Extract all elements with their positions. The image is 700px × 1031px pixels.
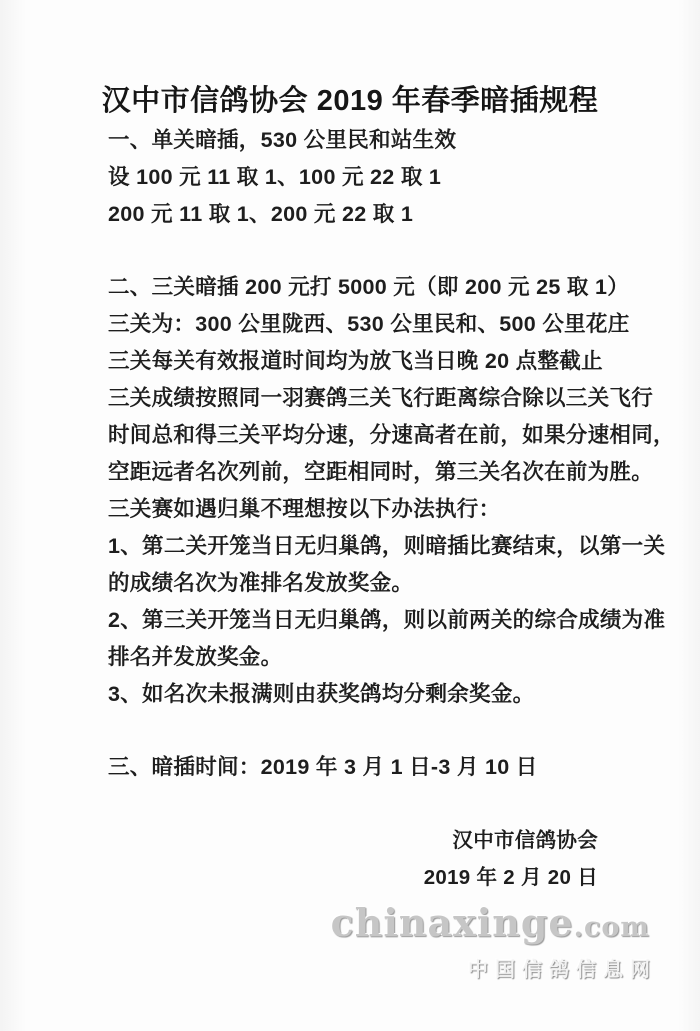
text-line: 的成绩名次为准排名发放奖金。 xyxy=(108,565,604,602)
text-line: 三关为：300 公里陇西、530 公里民和、500 公里花庄 xyxy=(108,306,604,343)
text-line: 排名并发放奖金。 xyxy=(108,639,604,676)
text-line: 时间总和得三关平均分速，分速高者在前，如果分速相同， xyxy=(108,417,604,454)
text-line: 三关赛如遇归巢不理想按以下办法执行： xyxy=(108,491,604,528)
signature-block: 汉中市信鸽协会 2019 年 2 月 20 日 xyxy=(0,822,598,896)
text-line: 三关成绩按照同一羽赛鸽三关飞行距离综合除以三关飞行 xyxy=(108,380,604,417)
section-single-gate: 一、单关暗插，530 公里民和站生效 设 100 元 11 取 1、100 元 … xyxy=(108,122,604,233)
text-line: 200 元 11 取 1、200 元 22 取 1 xyxy=(108,196,604,233)
watermark-subtitle: 中国信鸽信息网 xyxy=(331,953,657,982)
watermark-domain-suffix: .com xyxy=(574,912,650,943)
watermark-site-name: chinaxinge xyxy=(331,900,574,945)
signature-organization: 汉中市信鸽协会 xyxy=(0,822,598,859)
text-line: 三、暗插时间：2019 年 3 月 1 日-3 月 10 日 xyxy=(108,749,604,786)
text-line: 3、如名次未报满则由获奖鸽均分剩余奖金。 xyxy=(108,676,604,713)
text-line: 2、第三关开笼当日无归巢鸽，则以前两关的综合成绩为准 xyxy=(108,602,604,639)
text-line: 空距远者名次列前，空距相同时，第三关名次在前为胜。 xyxy=(108,454,604,491)
document-page: 汉中市信鸽协会 2019 年春季暗插规程 一、单关暗插，530 公里民和站生效 … xyxy=(0,0,700,1031)
watermark-site-line: chinaxinge.com xyxy=(331,899,650,952)
document-title: 汉中市信鸽协会 2019 年春季暗插规程 xyxy=(0,0,700,122)
signature-date: 2019 年 2 月 20 日 xyxy=(0,859,598,896)
text-line: 设 100 元 11 取 1、100 元 22 取 1 xyxy=(108,159,604,196)
section-three-gate: 二、三关暗插 200 元打 5000 元（即 200 元 25 取 1） 三关为… xyxy=(108,269,604,713)
watermark-logo: chinaxinge.com 中国信鸽信息网 xyxy=(331,899,650,982)
text-line: 1、第二关开笼当日无归巢鸽，则暗插比赛结束，以第一关 xyxy=(108,528,604,565)
text-line: 一、单关暗插，530 公里民和站生效 xyxy=(108,122,604,159)
document-body: 一、单关暗插，530 公里民和站生效 设 100 元 11 取 1、100 元 … xyxy=(108,122,604,786)
section-insert-time: 三、暗插时间：2019 年 3 月 1 日-3 月 10 日 xyxy=(108,749,604,786)
text-line: 二、三关暗插 200 元打 5000 元（即 200 元 25 取 1） xyxy=(108,269,604,306)
scan-edge-shading-right xyxy=(678,0,700,1031)
text-line: 三关每关有效报道时间均为放飞当日晚 20 点整截止 xyxy=(108,343,604,380)
